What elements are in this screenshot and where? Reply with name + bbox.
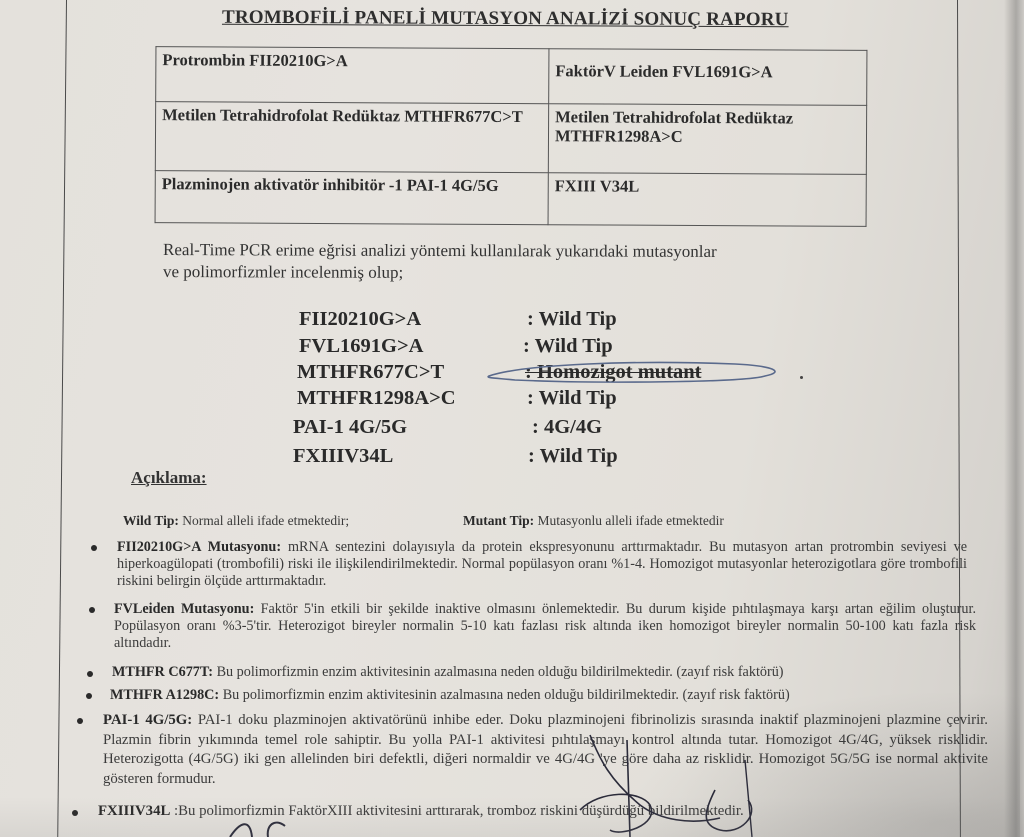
table-row: Metilen Tetrahidrofolat Redüktaz MTHFR67… [155, 102, 866, 175]
method-intro: Real-Time PCR erime eğrisi analizi yönte… [163, 239, 717, 285]
explanation-label: FII20210G>A Mutasyonu: [117, 539, 281, 555]
bullet-icon [86, 693, 92, 699]
intro-line: ve polimorfizmler incelenmiş olup; [163, 261, 717, 285]
page-bottom-shadow [0, 797, 1024, 837]
explanation-item: MTHFR A1298C: Bu polimorfizmin enzim akt… [110, 687, 990, 704]
explanation-label: PAI-1 4G/5G: [103, 712, 192, 728]
intro-line: Real-Time PCR erime eğrisi analizi yönte… [163, 239, 717, 263]
result-gene: MTHFR677C>T [297, 361, 444, 384]
explanation-item: FII20210G>A Mutasyonu: mRNA sentezini do… [117, 539, 967, 589]
explanation-label: MTHFR A1298C: [110, 687, 219, 703]
table-row: Plazminojen aktivatör inhibitör -1 PAI-1… [155, 171, 866, 227]
legend-label: Wild Tip: [123, 513, 179, 528]
pen-circle-mark [485, 358, 785, 388]
legend-text: Mutasyonlu alleli ifade etmektedir [534, 513, 724, 528]
bullet-icon [89, 607, 95, 613]
table-cell: Metilen Tetrahidrofolat Redüktaz MTHFR67… [155, 102, 548, 173]
result-value: : Wild Tip [527, 387, 617, 410]
explanation-label: FVLeiden Mutasyonu: [114, 601, 254, 617]
table-cell: FaktörV Leiden FVL1691G>A [549, 49, 867, 106]
pen-dot [800, 376, 803, 379]
page-margin-line-left [57, 0, 67, 837]
result-gene: FVL1691G>A [299, 335, 423, 358]
bullet-icon [77, 718, 83, 724]
result-value: : 4G/4G [532, 416, 602, 439]
result-value: : Wild Tip [528, 445, 618, 468]
legend-text: Normal alleli ifade etmektedir; [179, 513, 349, 528]
explanation-item: FVLeiden Mutasyonu: Faktör 5'in etkili b… [114, 601, 976, 651]
bullet-icon [87, 671, 93, 677]
report-title: TROMBOFİLİ PANELİ MUTASYON ANALİZİ SONUÇ… [222, 7, 789, 31]
explanation-item: PAI-1 4G/5G: PAI-1 doku plazminojen akti… [103, 711, 988, 789]
table-row: Protrombin FII20210G>A FaktörV Leiden FV… [156, 47, 867, 106]
explanation-heading: Açıklama: [131, 468, 207, 488]
legend-wild-type: Wild Tip: Normal alleli ifade etmektedir… [123, 513, 349, 529]
explanation-text: Bu polimorfizmin enzim aktivitesinin aza… [219, 687, 790, 703]
gene-panel-table: Protrombin FII20210G>A FaktörV Leiden FV… [155, 46, 868, 227]
result-value: : Wild Tip [527, 308, 617, 331]
table-cell: FXIII V34L [548, 173, 866, 227]
table-cell: Protrombin FII20210G>A [156, 47, 549, 104]
explanation-label: MTHFR C677T: [112, 664, 213, 680]
explanation-text: Bu polimorfizmin enzim aktivitesinin aza… [213, 664, 784, 680]
result-gene: FII20210G>A [299, 308, 421, 331]
result-gene: FXIIIV34L [293, 445, 393, 468]
table-cell: Plazminojen aktivatör inhibitör -1 PAI-1… [155, 171, 548, 225]
explanation-text: PAI-1 doku plazminojen aktivatörünü inhi… [103, 712, 988, 787]
explanation-item: MTHFR C677T: Bu polimorfizmin enzim akti… [112, 664, 992, 681]
table-cell: Metilen Tetrahidrofolat Redüktaz MTHFR12… [548, 104, 866, 175]
legend-label: Mutant Tip: [463, 513, 534, 528]
bullet-icon [91, 545, 97, 551]
result-gene: PAI-1 4G/5G [293, 416, 407, 439]
legend-mutant-type: Mutant Tip: Mutasyonlu alleli ifade etme… [463, 513, 724, 529]
result-value: : Wild Tip [523, 335, 613, 358]
result-gene: MTHFR1298A>C [297, 387, 456, 410]
